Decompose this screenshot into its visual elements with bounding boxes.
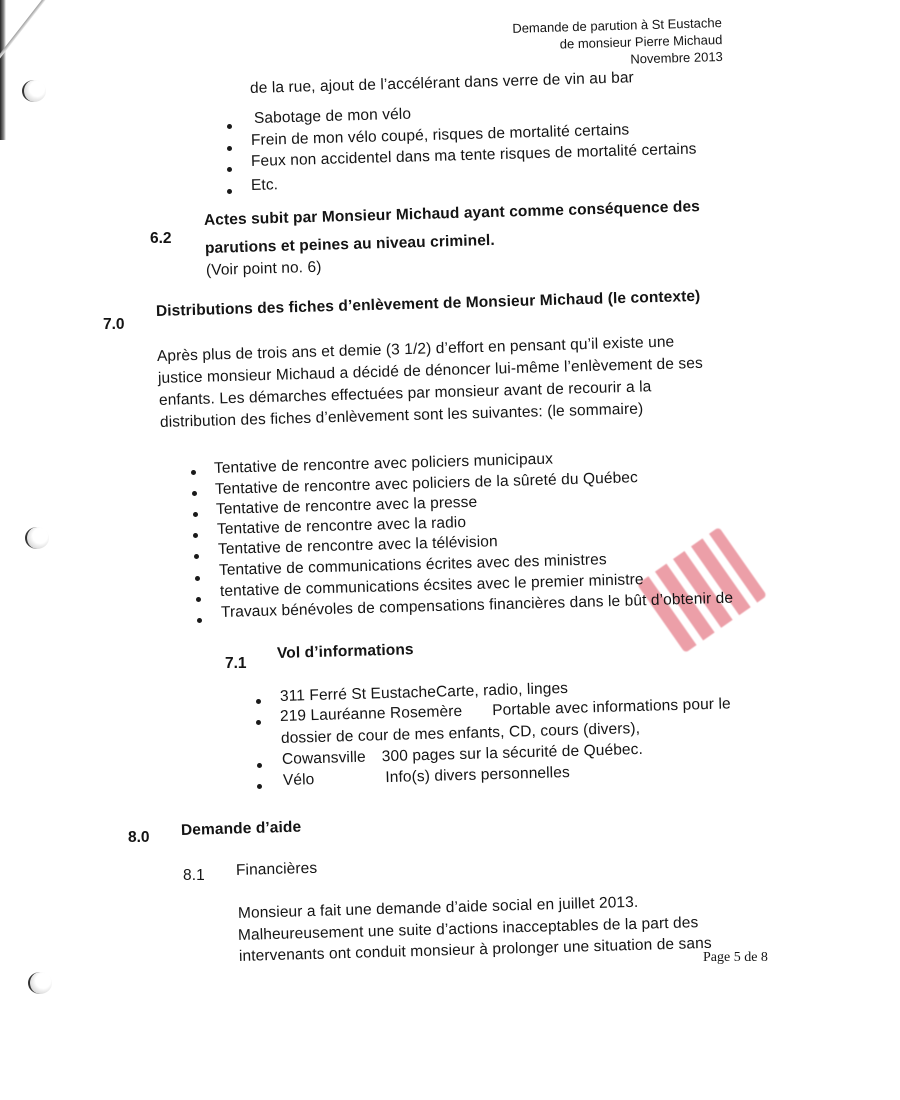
- bullet-icon: [227, 146, 232, 151]
- intro-continuation: de la rue, ajout de l’accélérant dans ve…: [250, 69, 634, 98]
- bullet-icon: [197, 618, 202, 623]
- bullet-icon: [191, 470, 196, 475]
- section-7-1-title: Vol d’informations: [277, 641, 414, 663]
- bullet-icon: [257, 763, 262, 768]
- section-number: 8.1: [183, 867, 205, 885]
- list-item: Etc.: [251, 176, 279, 195]
- section-6-2-title-cont: parutions et peines au niveau criminel.: [205, 232, 495, 258]
- item-place: 219 Lauréanne Rosemère: [280, 703, 463, 725]
- item-place: 311 Ferré St Eustache: [280, 684, 436, 705]
- bullet-icon: [194, 554, 199, 559]
- item-detail: Carte, radio, linges: [436, 680, 569, 701]
- binder-hole-icon: [22, 80, 46, 102]
- section-6-2-title: Actes subit par Monsieur Michaud ayant c…: [204, 198, 700, 230]
- section-8-0-title: Demande d’aide: [181, 819, 302, 840]
- list-item: Sabotage de mon vélo: [254, 106, 412, 128]
- scan-edge-shadow: [0, 0, 6, 140]
- page-number: Page 5 de 8: [703, 950, 768, 966]
- bullet-icon: [192, 491, 197, 496]
- section-number: 6.2: [150, 230, 172, 248]
- bullet-icon: [227, 189, 232, 194]
- section-8-1-title: Financières: [236, 860, 318, 880]
- section-number: 8.0: [128, 829, 150, 847]
- bullet-icon: [257, 784, 262, 789]
- bullet-icon: [256, 720, 261, 725]
- section-number: 7.1: [225, 655, 247, 673]
- document-page: Demande de parution à St Eustache de mon…: [0, 0, 900, 1100]
- item-detail: Info(s) divers personnelles: [385, 764, 570, 786]
- bullet-icon: [256, 699, 261, 704]
- item-place: Vélo: [283, 771, 315, 789]
- document-header: Demande de parution à St Eustache de mon…: [512, 14, 723, 71]
- bullet-icon: [227, 124, 232, 129]
- section-7-0-title: Distributions des fiches d’enlèvement de…: [156, 288, 701, 321]
- bullet-icon: [193, 512, 198, 517]
- bullet-icon: [227, 167, 232, 172]
- section-number: 7.0: [103, 316, 125, 334]
- bullet-icon: [193, 533, 198, 538]
- list-item: VéloInfo(s) divers personnelles: [283, 764, 570, 790]
- bullet-icon: [196, 597, 201, 602]
- section-6-2-note: (Voir point no. 6): [206, 259, 322, 280]
- binder-hole-icon: [28, 972, 52, 994]
- item-detail: 300 pages sur la sécurité de Québec.: [382, 741, 644, 765]
- page-fold-mark: [0, 0, 55, 82]
- item-place: Cowansville: [282, 749, 366, 768]
- binder-hole-icon: [25, 527, 49, 549]
- bullet-icon: [195, 576, 200, 581]
